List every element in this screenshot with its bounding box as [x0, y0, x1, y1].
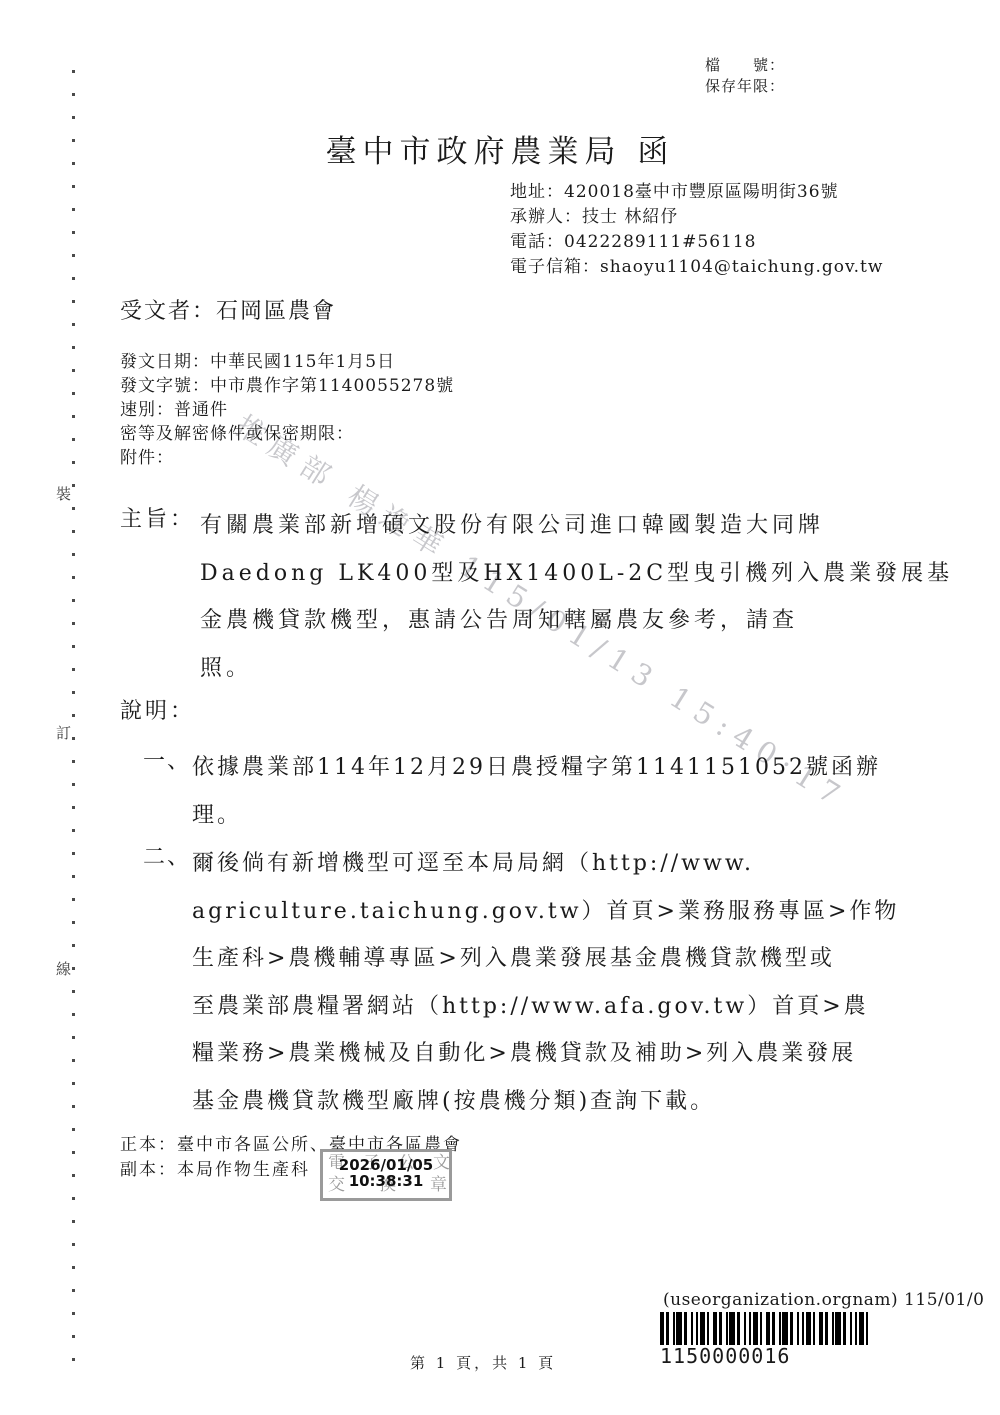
- item2-line: 至農業部農糧署網站（http://www.afa.gov.tw）首頁>農: [192, 983, 899, 1031]
- binding-dotted-line: [72, 70, 75, 1365]
- stamp-datetime: 2026/01/05 10:38:31: [323, 1157, 449, 1189]
- contact-address: 地址：420018臺中市豐原區陽明街36號: [510, 180, 883, 205]
- stamp-time: 10:38:31: [323, 1173, 449, 1189]
- document-title: 臺中市政府農業局 函: [0, 126, 1000, 171]
- barcode-number: 1150000016: [660, 1344, 790, 1368]
- stamp-date: 2026/01/05: [323, 1157, 449, 1173]
- subject-line: 照。: [200, 645, 953, 693]
- item1-text: 依據農業部114年12月29日農授糧字第1141151052號函辦 理。: [192, 744, 881, 839]
- item2-line: 基金農機貸款機型廠牌(按農機分類)查詢下載。: [192, 1078, 899, 1126]
- issue-date: 發文日期：中華民國115年1月5日: [120, 350, 454, 374]
- item2-line: 生產科>農機輔導專區>列入農業發展基金農機貸款機型或: [192, 935, 899, 983]
- subject-line: 金農機貸款機型，惠請公告周知轄屬農友參考，請查: [200, 597, 953, 645]
- file-header: 檔 號： 保存年限：: [705, 55, 785, 97]
- subject-line: Daedong LK400型及HX1400L-2C型曳引機列入農業發展基: [200, 550, 953, 598]
- security-class: 密等及解密條件或保密期限：: [120, 422, 454, 446]
- contact-email: 電子信箱：shaoyu1104@taichung.gov.tw: [510, 255, 883, 280]
- item2-line: 爾後倘有新增機型可逕至本局局網（http://www.: [192, 840, 899, 888]
- item2-line: 糧業務>農業機械及自動化>農機貸款及補助>列入農業發展: [192, 1030, 899, 1078]
- subject-label: 主旨：: [120, 502, 195, 533]
- copy-cc-line: 副本：本局作物生產科: [120, 1155, 310, 1180]
- item2-line: agriculture.taichung.gov.tw）首頁>業務服務專區>作物: [192, 888, 899, 936]
- page-number-footer: 第 1 頁，共 1 頁: [410, 1352, 556, 1373]
- file-no-label: 檔 號：: [705, 55, 785, 76]
- item1-line: 依據農業部114年12月29日農授糧字第1141151052號函辦: [192, 744, 881, 792]
- document-page: 推廣部 楊逸華 115/01/13 15:40:17 裝 訂 線 檔 號： 保存…: [0, 0, 1000, 1415]
- org-line: (useorganization.orgnam) 115/01/0: [663, 1290, 984, 1310]
- contact-phone: 電話：0422289111#56118: [510, 230, 883, 255]
- attachment-label: 附件：: [120, 446, 454, 470]
- contact-block: 地址：420018臺中市豐原區陽明街36號 承辦人：技士 林紹伃 電話：0422…: [510, 180, 883, 280]
- electronic-exchange-stamp: 電子公文 交換章 2026/01/05 10:38:31: [320, 1149, 452, 1201]
- binding-mark-ding: 訂: [56, 722, 71, 743]
- subject-text: 有關農業部新增碩文股份有限公司進口韓國製造大同牌 Daedong LK400型及…: [200, 502, 953, 692]
- contact-person: 承辦人：技士 林紹伃: [510, 205, 883, 230]
- subject-line: 有關農業部新增碩文股份有限公司進口韓國製造大同牌: [200, 502, 953, 550]
- description-label: 說明：: [120, 694, 195, 725]
- item1-number: 一、: [143, 744, 191, 775]
- item2-number: 二、: [143, 840, 191, 871]
- retention-label: 保存年限：: [705, 76, 785, 97]
- recipient-line: 受文者：石岡區農會: [120, 294, 336, 325]
- speed-class: 速別：普通件: [120, 398, 454, 422]
- meta-block: 發文日期：中華民國115年1月5日 發文字號：中市農作字第1140055278號…: [120, 350, 454, 470]
- binding-mark-zhuang: 裝: [56, 483, 71, 504]
- issue-number: 發文字號：中市農作字第1140055278號: [120, 374, 454, 398]
- item2-text: 爾後倘有新增機型可逕至本局局網（http://www. agriculture.…: [192, 840, 899, 1125]
- barcode: [660, 1312, 872, 1345]
- binding-mark-xian: 線: [56, 958, 71, 979]
- item1-line: 理。: [192, 792, 881, 840]
